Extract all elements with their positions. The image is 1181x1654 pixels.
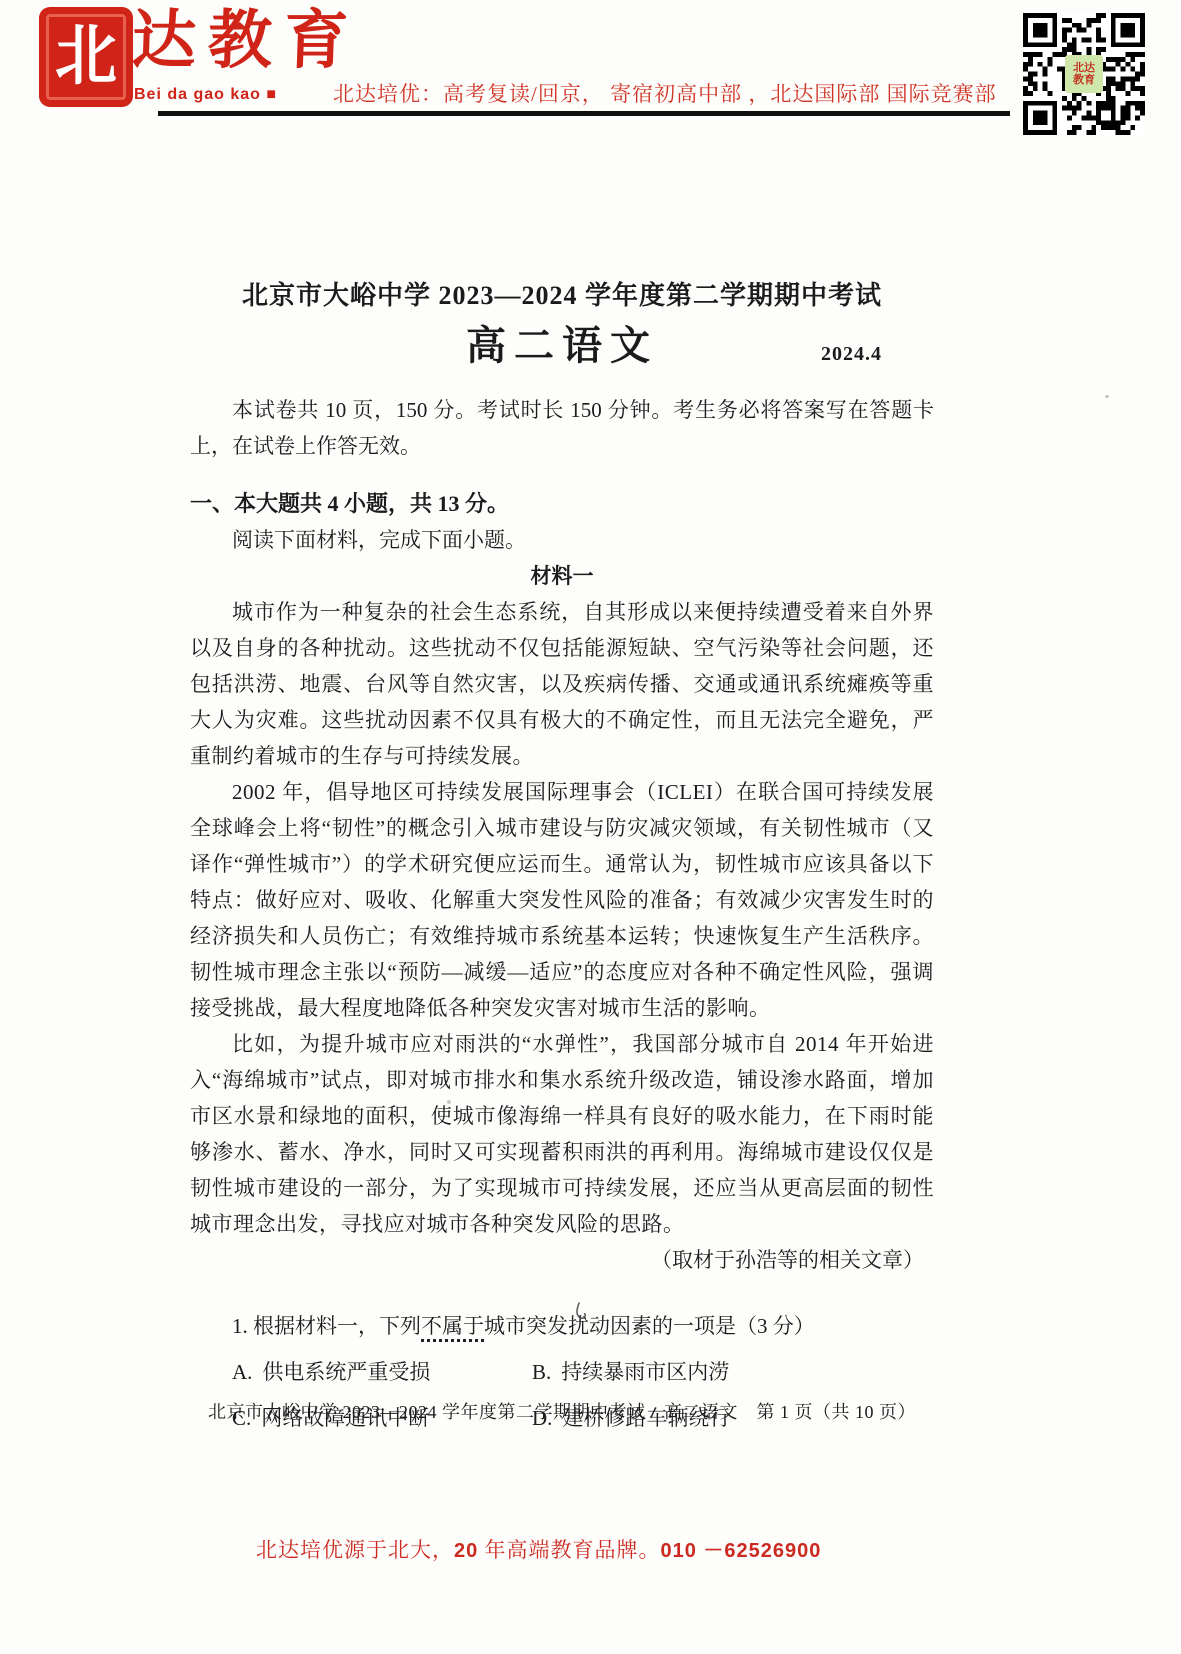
question-1-suffix: 城市突发扰动因素的一项是（3 分） — [484, 1314, 815, 1338]
question-1-prefix: 1. 根据材料一，下列 — [232, 1314, 421, 1338]
scan-speckle — [417, 710, 421, 714]
bottom-brand-line: 北达培优源于北大，20 年高端教育品牌。010 －62526900 — [256, 1534, 821, 1564]
page-footer: 北京市大峪中学 2023—2024 学年度第二学期期中考试 高二语文 第 1 页… — [190, 1400, 934, 1424]
material-paragraph-3: 比如，为提升城市应对雨洪的“水弹性”，我国部分城市自 2014 年开始进入“海绵… — [190, 1026, 934, 1242]
material-paragraph-2: 2002 年，倡导地区可持续发展国际理事会（ICLEI）在联合国可持续发展全球峰… — [190, 774, 934, 1026]
header-slogan: 北达培优：高考复读/回京， 寄宿初高中部 ，北达国际部 国际竞赛部 — [333, 78, 943, 108]
qr-code: 北达 教育 — [1023, 13, 1145, 135]
question-1: 1. 根据材料一，下列不属于城市突发扰动因素的一项是（3 分） — [190, 1308, 934, 1344]
exam-instructions: 本试卷共 10 页，150 分。考试时长 150 分钟。考生务必将答案写在答题卡… — [190, 392, 934, 464]
question-1-emphasis: 不属于 — [421, 1314, 484, 1342]
brand-wordmark: 达教育 — [131, 6, 361, 76]
header-divider — [158, 111, 1010, 116]
qr-center-logo: 北达 教育 — [1065, 55, 1103, 93]
bottom-brand-part1: 北达培优源于北大， — [256, 1538, 454, 1562]
bottom-brand-years: 20 — [454, 1540, 478, 1562]
option-b-text: 持续暴雨市区内涝 — [561, 1360, 729, 1384]
option-b: B.持续暴雨市区内涝 — [532, 1352, 934, 1392]
material-attribution: （取材于孙浩等的相关文章） — [190, 1242, 934, 1278]
scan-speckle — [447, 1100, 451, 1104]
exam-date: 2024.4 — [821, 336, 882, 372]
brand-subtitle: Bei da gao kao ■ — [134, 86, 277, 104]
material-1-title: 材料一 — [190, 558, 934, 594]
option-b-label: B. — [532, 1360, 551, 1384]
qr-logo-text: 教育 — [1073, 74, 1095, 86]
seal-character: 北 — [55, 24, 117, 89]
option-a-label: A. — [232, 1360, 252, 1384]
question-1-options: A.供电系统严重受损 B.持续暴雨市区内涝 C.网络故障通讯中断 D.建桥修路车… — [190, 1352, 934, 1438]
bottom-brand-phone: 010 －62526900 — [661, 1540, 822, 1562]
exam-content: 北京市大峪中学 2023—2024 学年度第二学期期中考试 高二语文 2024.… — [190, 280, 934, 1438]
qr-logo-text: 北达 — [1073, 62, 1095, 74]
bottom-brand-part2: 年高端教育品牌。 — [478, 1538, 660, 1562]
exam-title: 北京市大峪中学 2023—2024 学年度第二学期期中考试 — [190, 280, 934, 312]
section-1-instruction: 阅读下面材料，完成下面小题。 — [190, 522, 934, 558]
section-1-heading: 一、本大题共 4 小题，共 13 分。 — [190, 486, 934, 522]
scanned-exam-page: 北 达教育 Bei da gao kao ■ 北达培优：高考复读/回京， 寄宿初… — [0, 0, 1181, 1654]
scan-speckle — [1105, 395, 1109, 398]
option-a: A.供电系统严重受损 — [232, 1352, 532, 1392]
beida-seal-logo: 北 — [42, 10, 130, 104]
option-a-text: 供电系统严重受损 — [262, 1360, 430, 1384]
material-paragraph-1: 城市作为一种复杂的社会生态系统，自其形成以来便持续遭受着来自外界以及自身的各种扰… — [190, 594, 934, 774]
